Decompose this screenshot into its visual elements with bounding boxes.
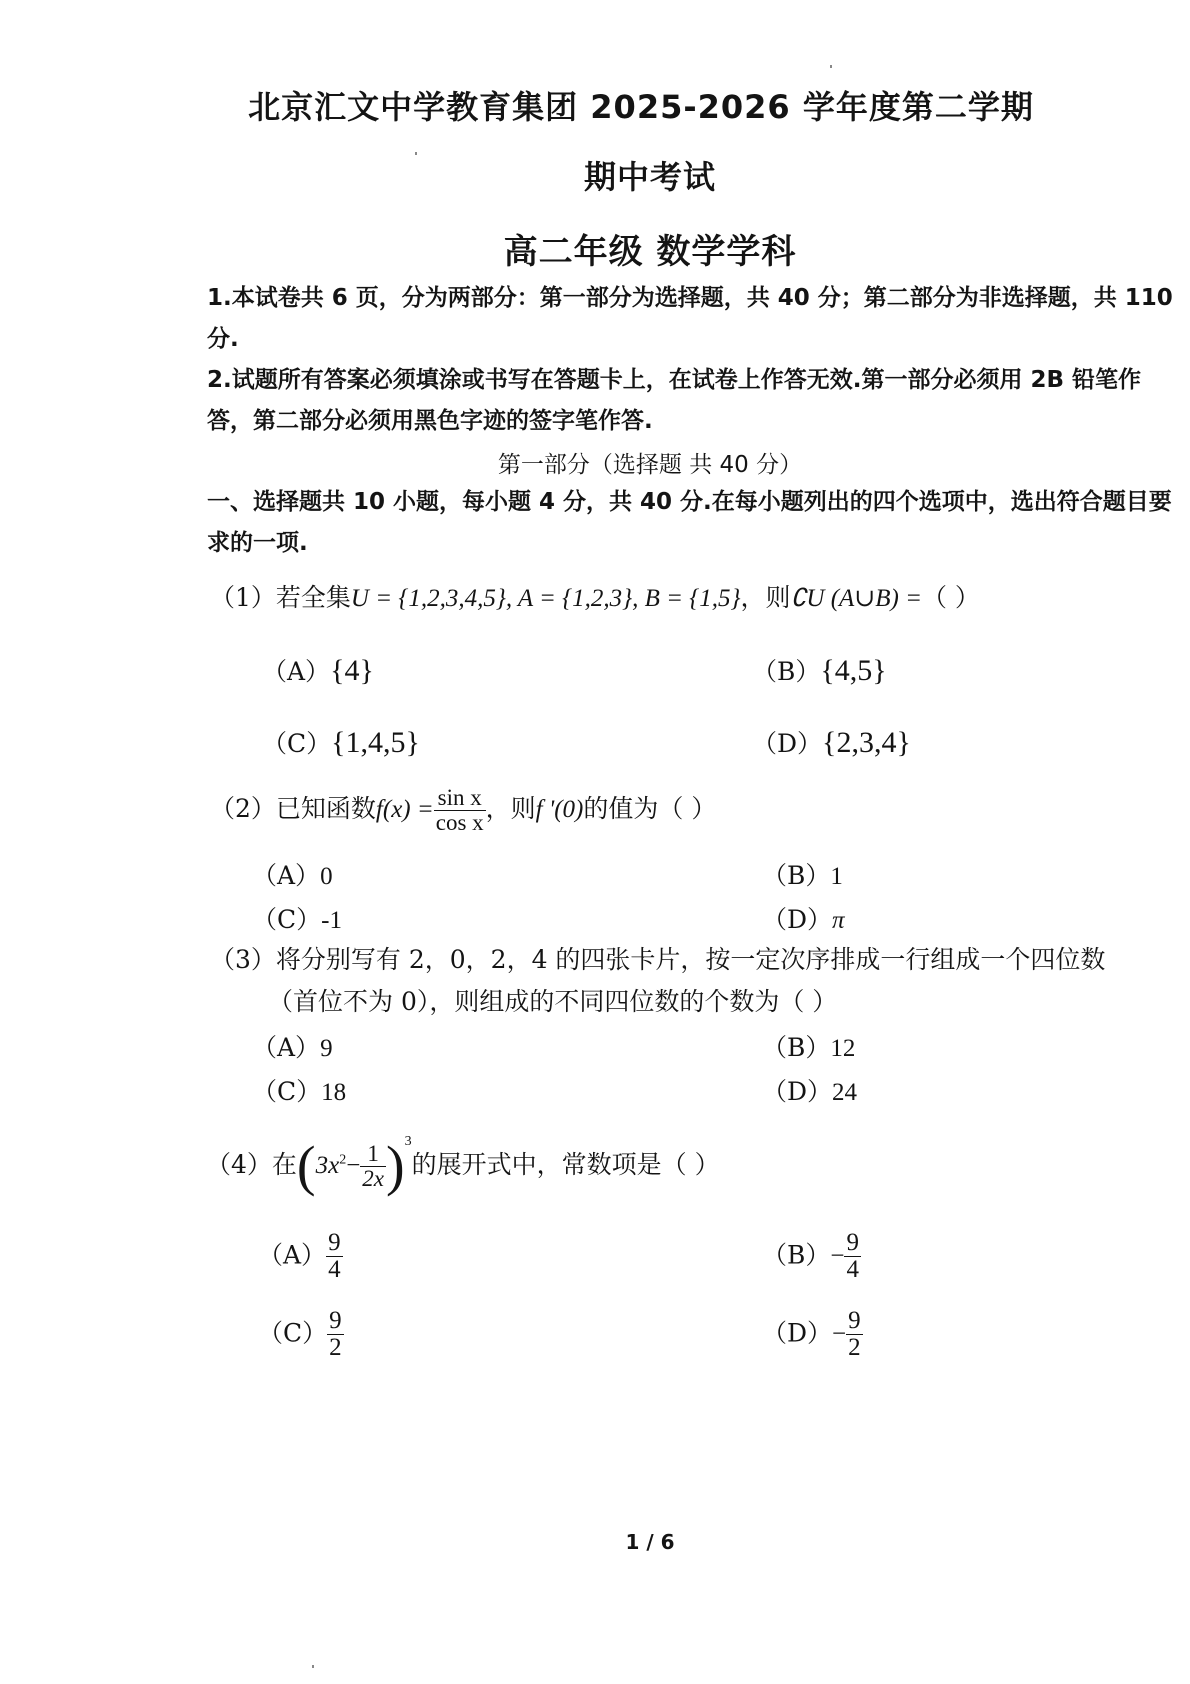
grade-subject: 高二年级 数学学科 <box>0 224 1190 273</box>
option-label: （B） <box>762 1033 830 1062</box>
option-a: （A）0 <box>252 856 333 892</box>
option-d: （D）−92 <box>762 1308 863 1362</box>
option-value: {2,3,4} <box>822 726 911 759</box>
option-value: π <box>832 907 845 934</box>
fraction-numerator: 9 <box>846 1308 863 1335</box>
option-label: （C） <box>252 905 321 934</box>
option-b: （B）1 <box>762 856 843 892</box>
option-value: -1 <box>321 907 342 934</box>
page-number: 1 / 6 <box>0 1530 1190 1554</box>
fraction-denominator: 4 <box>844 1257 861 1283</box>
option-label: （D） <box>752 729 822 758</box>
question-text: 已知函数 <box>276 794 376 823</box>
question-text: ，则 <box>486 794 536 823</box>
question-text: ，则 <box>740 583 790 612</box>
option-a: （A）{4} <box>262 652 374 688</box>
scan-speck <box>312 1665 314 1668</box>
option-fraction: 92 <box>327 1308 344 1362</box>
question-text: 的值为（ ） <box>583 794 716 823</box>
question-math: f '(0) <box>536 796 584 823</box>
fraction-denominator: 2x <box>360 1167 386 1191</box>
fraction-denominator: 2 <box>846 1335 863 1361</box>
question-number: （1） <box>210 583 276 612</box>
question-3-stem-cont: （首位不为 0），则组成的不同四位数的个数为（ ） <box>268 982 837 1018</box>
option-b: （B）−94 <box>762 1230 861 1284</box>
option-c: （C）18 <box>252 1072 346 1108</box>
option-label: （A） <box>262 657 330 686</box>
question-text: 将分别写有 2，0，2，4 的四张卡片，按一定次序排成一行组成一个四位数 <box>276 945 1106 974</box>
scan-speck <box>830 65 832 68</box>
option-label: （A） <box>252 1033 320 1062</box>
fraction-numerator: 9 <box>327 1308 344 1335</box>
option-c: （C）-1 <box>252 900 342 936</box>
option-value: {4,5} <box>820 654 886 687</box>
option-label: （A） <box>258 1240 326 1269</box>
question-3-stem: （3）将分别写有 2，0，2，4 的四张卡片，按一定次序排成一行组成一个四位数 <box>210 940 1105 976</box>
option-value: 12 <box>830 1035 855 1062</box>
power: 3 <box>405 1134 412 1149</box>
option-value: 18 <box>321 1079 346 1106</box>
option-d: （D）{2,3,4} <box>752 724 911 760</box>
option-label: （D） <box>762 1318 832 1347</box>
question-text: 的展开式中，常数项是（ ） <box>412 1150 720 1179</box>
question-math: 3x <box>316 1152 340 1179</box>
question-1-stem: （1）若全集U = {1,2,3,4,5}, A = {1,2,3}, B = … <box>210 578 980 614</box>
option-value: 9 <box>320 1035 333 1062</box>
option-a: （A）9 <box>252 1028 333 1064</box>
option-a: （A）94 <box>258 1230 343 1284</box>
option-b: （B）{4,5} <box>752 652 887 688</box>
option-fraction: 94 <box>844 1230 861 1284</box>
option-sign: − <box>832 1320 846 1347</box>
option-label: （B） <box>762 861 830 890</box>
note-1: 1.本试卷共 6 页，分为两部分：第一部分为选择题，共 40 分；第二部分为非选… <box>207 278 1177 360</box>
answer-blank: （ ） <box>922 583 980 612</box>
question-text: 若全集 <box>276 583 351 612</box>
option-label: （A） <box>252 861 320 890</box>
option-c: （C）92 <box>258 1308 344 1362</box>
option-d: （D）π <box>762 900 845 936</box>
question-2-stem: （2）已知函数f(x) =sin xcos x，则f '(0)的值为（ ） <box>210 786 716 835</box>
question-number: （2） <box>210 794 276 823</box>
exam-subtitle: 期中考试 <box>0 152 1190 198</box>
question-math: U = {1,2,3,4,5}, A = {1,2,3}, B = {1,5} <box>351 585 741 612</box>
option-fraction: 94 <box>326 1230 343 1284</box>
question-4-stem: （4）在(3x2−12x)3的展开式中，常数项是（ ） <box>206 1134 720 1199</box>
option-label: （D） <box>762 905 832 934</box>
fraction-numerator: 9 <box>844 1230 861 1257</box>
minus-sign: − <box>346 1152 360 1179</box>
exam-title: 北京汇文中学教育集团 2025-2026 学年度第二学期 <box>0 82 1190 128</box>
fraction-denominator: 4 <box>326 1257 343 1283</box>
option-label: （B） <box>762 1240 830 1269</box>
fraction-denominator: 2 <box>327 1335 344 1361</box>
option-value: {4} <box>330 654 374 687</box>
question-text: 在 <box>272 1150 297 1179</box>
right-paren: ) <box>386 1136 405 1198</box>
section-heading: 第一部分（选择题 共 40 分） <box>0 446 1190 479</box>
fraction: sin xcos x <box>434 786 486 835</box>
option-value: 24 <box>832 1079 857 1106</box>
left-paren: ( <box>297 1136 316 1198</box>
option-fraction: 92 <box>846 1308 863 1362</box>
option-sign: − <box>830 1242 844 1269</box>
option-label: （C） <box>258 1318 327 1347</box>
option-c: （C）{1,4,5} <box>262 724 420 760</box>
option-label: （C） <box>252 1077 321 1106</box>
fraction-numerator: sin x <box>434 786 486 811</box>
option-d: （D）24 <box>762 1072 857 1108</box>
option-b: （B）12 <box>762 1028 855 1064</box>
fraction: 12x <box>360 1142 386 1191</box>
option-value: 1 <box>830 863 843 890</box>
option-label: （B） <box>752 657 820 686</box>
question-math: f(x) = <box>376 796 434 823</box>
option-label: （D） <box>762 1077 832 1106</box>
section-instructions: 一、选择题共 10 小题，每小题 4 分，共 40 分.在每小题列出的四个选项中… <box>207 482 1177 564</box>
question-math: ∁U (A∪B) = <box>790 585 921 612</box>
fraction-numerator: 1 <box>360 1142 386 1167</box>
question-number: （4） <box>206 1150 272 1179</box>
option-value: 0 <box>320 863 333 890</box>
question-number: （3） <box>210 945 276 974</box>
option-label: （C） <box>262 729 331 758</box>
fraction-denominator: cos x <box>434 811 486 835</box>
note-2: 2.试题所有答案必须填涂或书写在答题卡上，在试卷上作答无效.第一部分必须用 2B… <box>207 360 1177 442</box>
option-value: {1,4,5} <box>331 726 420 759</box>
fraction-numerator: 9 <box>326 1230 343 1257</box>
